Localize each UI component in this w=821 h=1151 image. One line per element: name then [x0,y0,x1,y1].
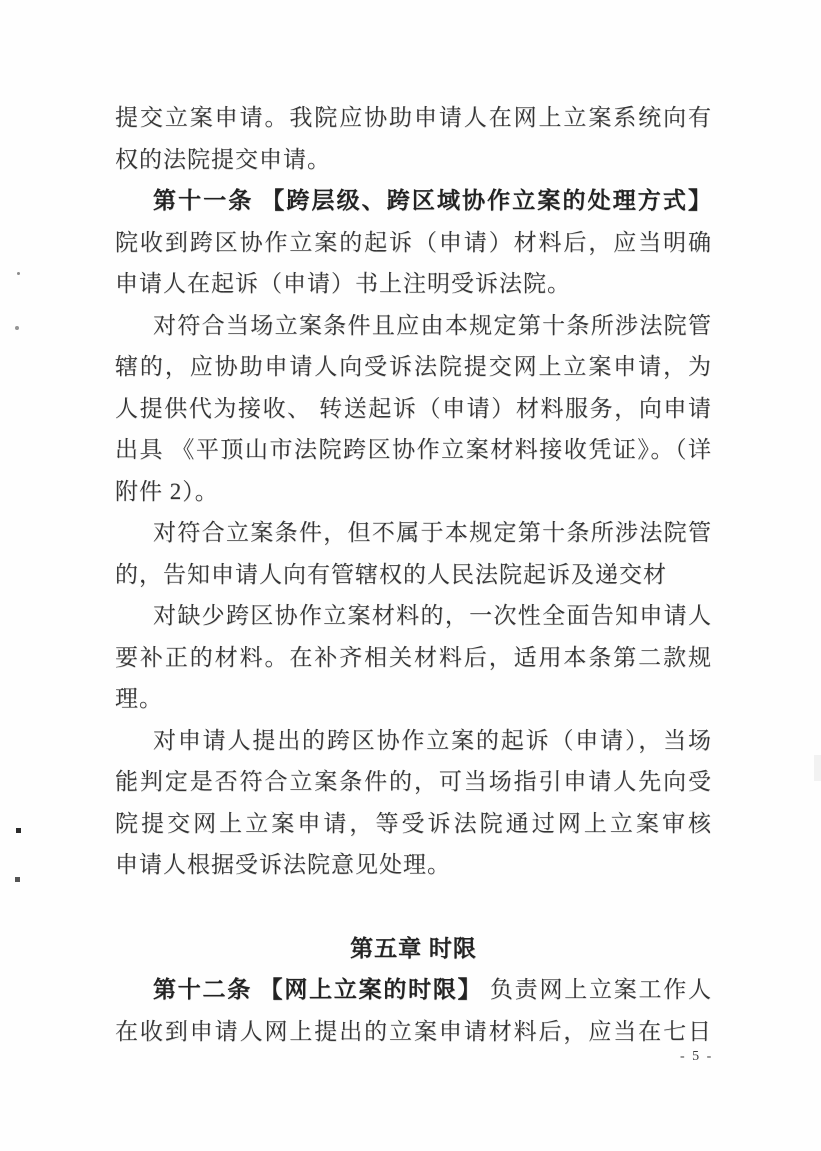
bold-text: 第五章 时限 [350,936,477,961]
text: 出具 《平顶山市法院跨区协作立案材料接收凭证》。（详见 [115,437,712,471]
text: 申请人根据受诉法院意见处理。 [115,852,451,877]
text: 对申请人提出的跨区协作立案的起诉（申请），当场不 [115,728,712,762]
text: 人提供代为接收、 转送起诉（申请）材料服务，向申请人 [115,396,712,430]
text-line: 院提交网上立案申请，等受诉法院通过网上立案审核后， 请 [115,803,712,845]
chapter-5-heading: 第五章 时限 [115,928,712,970]
scan-mark [15,877,20,882]
text: 理。 [115,686,163,711]
text-line: 要补正的材料。在补齐相关材料后，适用本条第二款规定处 [115,637,712,679]
scan-mark [814,755,821,781]
text: 权的法院提交申请。 [115,147,331,172]
text-line: 能判定是否符合立案条件的，可当场指引申请人先向受诉法 [115,761,712,803]
bold-text: 第十二条 【网上立案的时限】 [153,977,482,1002]
text-line: 对符合当场立案条件且应由本规定第十条所涉法院管 [115,305,712,347]
text: 辖的，应协助申请人向受诉法院提交网上立案申请，为申请 [115,354,712,388]
text-line: 对缺少跨区协作立案材料的，一次性全面告知申请人需 [115,595,712,637]
text-line: 理。 [115,678,712,720]
text: 的，告知申请人向有管辖权的人民法院起诉及递交材料。 [115,562,667,596]
document-page: 提交立案申请。我院应协助申请人在网上立案系统向有管辖权的法院提交申请。第十一条 … [0,0,821,1151]
bold-text: 第十一条 【跨层级、跨区域协作立案的处理方式】 [153,188,712,213]
text-line: 对符合立案条件，但不属于本规定第十条所涉法院管辖 [115,512,712,554]
article-11-heading-line: 第十一条 【跨层级、跨区域协作立案的处理方式】 我 [115,180,712,222]
text: 附件 2）。 [115,479,219,504]
text: 对符合立案条件，但不属于本规定第十条所涉法院管辖 [115,520,712,554]
text-line: 辖的，应协助申请人向受诉法院提交网上立案申请，为申请 [115,346,712,388]
text-line: 在收到申请人网上提出的立案申请材料后，应当在七日内进 [115,1011,712,1053]
text-line: 权的法院提交申请。 [115,139,712,181]
text-line: 对申请人提出的跨区协作立案的起诉（申请），当场不 [115,720,712,762]
page-number: - 5 - [680,1049,713,1065]
text: 对缺少跨区协作立案材料的，一次性全面告知申请人需 [115,603,712,637]
text-line: 申请人根据受诉法院意见处理。 [115,844,712,886]
text: 要补正的材料。在补齐相关材料后，适用本条第二款规定处 [115,645,712,679]
text-line: 出具 《平顶山市法院跨区协作立案材料接收凭证》。（详见 [115,429,712,471]
text: 申请人在起诉（申请）书上注明受诉法院。 [115,271,571,296]
text: 院收到跨区协作立案的起诉（申请）材料后，应当明确告知 [115,230,712,264]
text-line: 附件 2）。 [115,471,712,513]
text-line: 申请人在起诉（申请）书上注明受诉法院。 [115,263,712,305]
text: 院提交网上立案申请，等受诉法院通过网上立案审核后， 请 [115,811,712,845]
text-line: 院收到跨区协作立案的起诉（申请）材料后，应当明确告知 [115,222,712,264]
scan-mark [17,272,20,275]
text-line: 提交立案申请。我院应协助申请人在网上立案系统向有管辖 [115,97,712,139]
text: 在收到申请人网上提出的立案申请材料后，应当在七日内进 [115,1019,712,1053]
text-line: 人提供代为接收、 转送起诉（申请）材料服务，向申请人 [115,388,712,430]
text-line: 的，告知申请人向有管辖权的人民法院起诉及递交材料。 [115,554,712,596]
text: 提交立案申请。我院应协助申请人在网上立案系统向有管辖 [115,105,712,139]
document-text: 提交立案申请。我院应协助申请人在网上立案系统向有管辖权的法院提交申请。第十一条 … [115,97,712,1052]
text: 对符合当场立案条件且应由本规定第十条所涉法院管 [153,313,712,338]
article-12-heading-line: 第十二条 【网上立案的时限】 负责网上立案工作人员 [115,969,712,1011]
scan-mark [15,326,19,330]
scan-mark [16,828,21,833]
text: 能判定是否符合立案条件的，可当场指引申请人先向受诉法 [115,769,712,803]
